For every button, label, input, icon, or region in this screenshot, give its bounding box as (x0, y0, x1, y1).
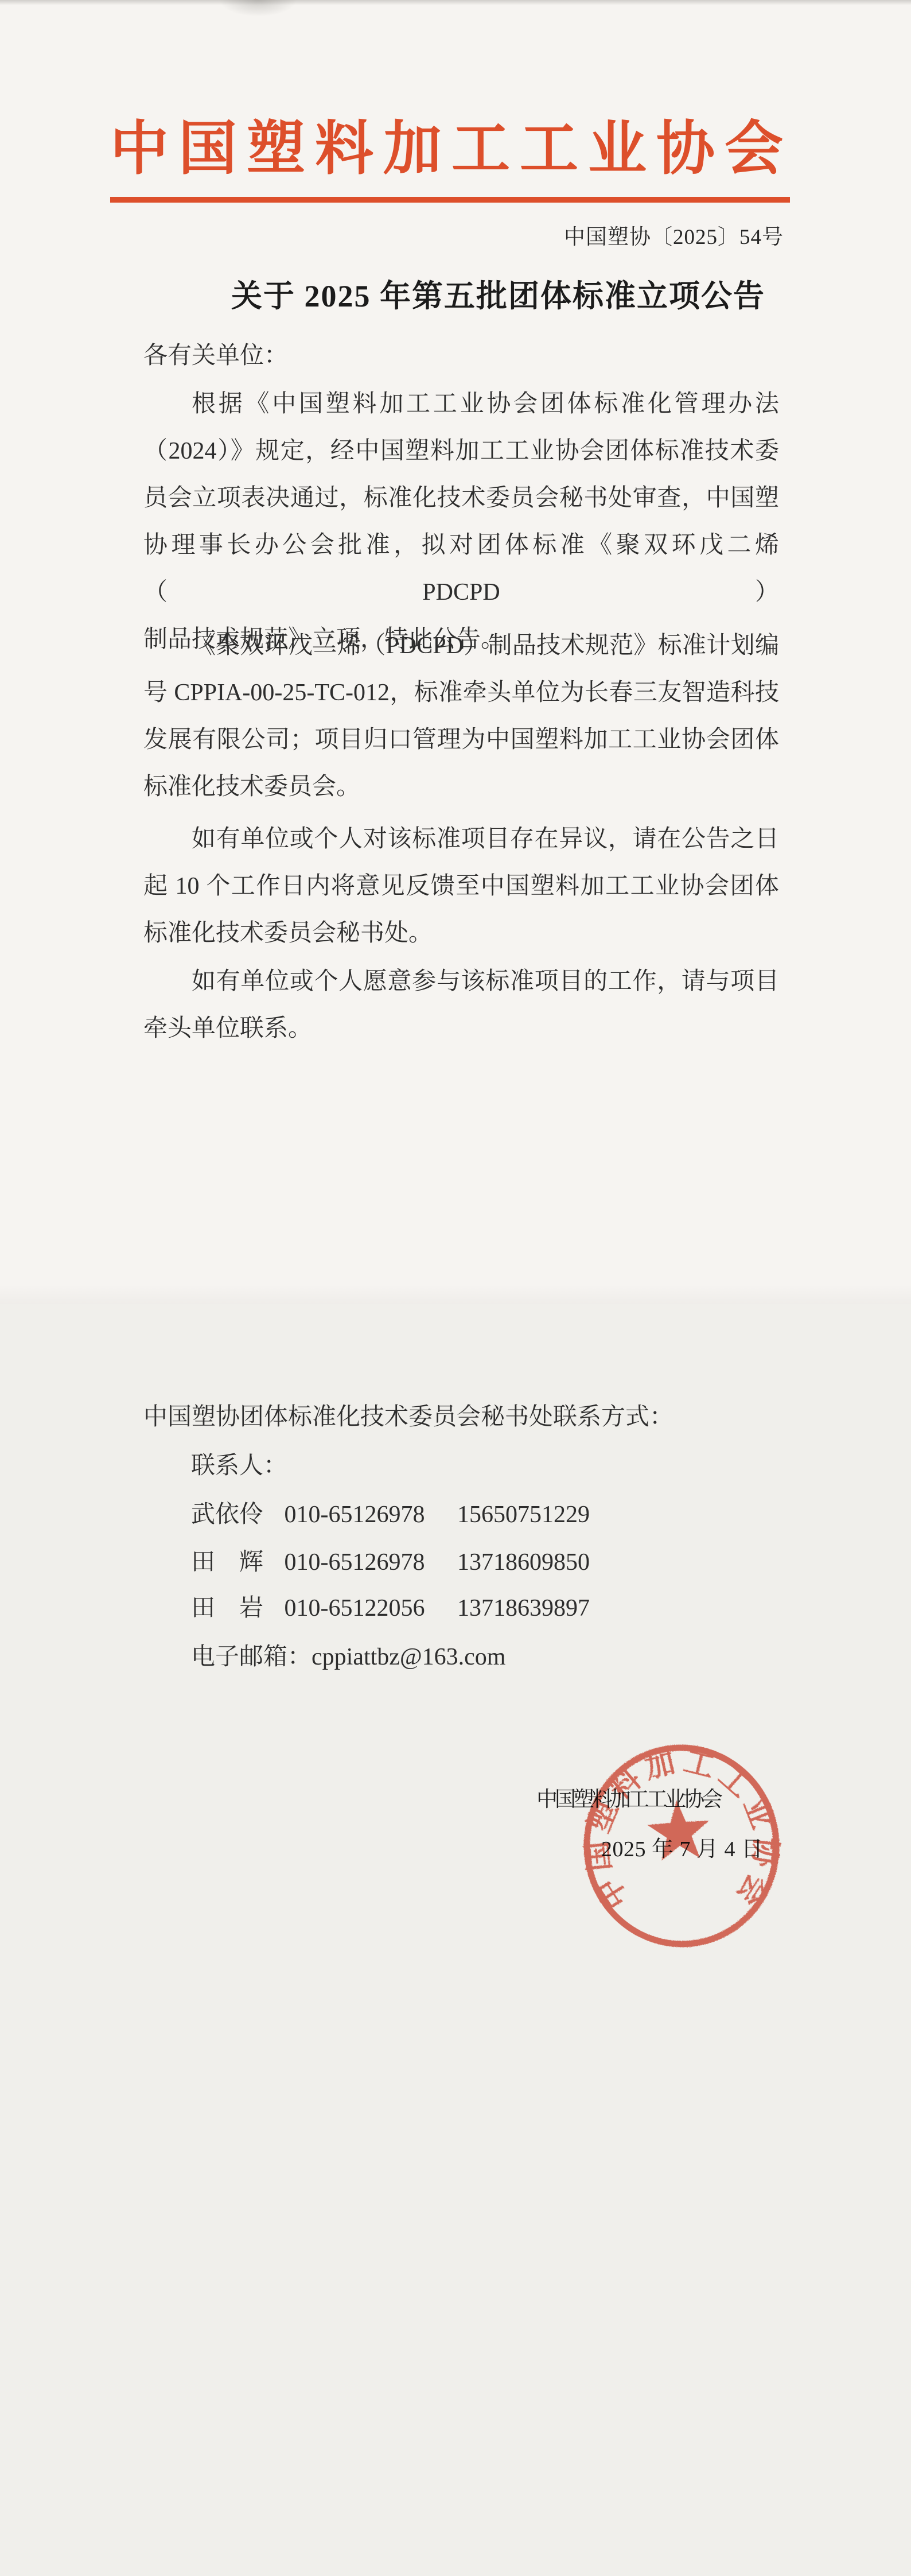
paragraph-line: （2024）》规定，经中国塑料加工工业协会团体标准技术委 (143, 428, 779, 475)
contact-row: 田 辉 010-65126978 13718609850 (191, 1539, 779, 1586)
doc-title: 关于 2025 年第五批团体标准立项公告 (231, 278, 765, 315)
paragraph-line: 根据《中国塑料加工工业协会团体标准化管理办法 (143, 381, 779, 428)
letterhead-rule (110, 197, 790, 203)
contact-name: 田 辉 (191, 1539, 278, 1586)
org-header-title: 中国塑料加工工业协会 (110, 118, 793, 181)
paragraph-1: 根据《中国塑料加工工业协会团体标准化管理办法 （2024）》规定，经中国塑料加工… (143, 381, 779, 663)
contact-row: 武依伶 010-65126978 15650751229 (191, 1491, 779, 1538)
contact-row: 田 岩 010-65122056 13718639897 (191, 1585, 779, 1632)
doc-number: 中国塑协〔2025〕54号 (564, 224, 784, 251)
scan-top-edge-shadow (0, 0, 911, 5)
contact-mobile: 15650751229 (457, 1502, 590, 1528)
paragraph-line: 牵头单位联系。 (143, 1005, 779, 1052)
scanned-official-document: 中国塑料加工工业协会 中国塑协〔2025〕54号 关于 2025 年第五批团体标… (0, 0, 911, 2576)
paragraph-line: 标准化技术委员会秘书处。 (143, 910, 779, 957)
email-label: 电子邮箱： (191, 1644, 312, 1670)
seal-star-icon (645, 1798, 711, 1861)
paragraph-line: 《聚双环戊二烯（PDCPD）制品技术规范》标准计划编 (143, 622, 779, 669)
contact-mobile: 13718639897 (457, 1595, 590, 1621)
contact-label: 联系人： (191, 1442, 779, 1489)
contact-phone: 010-65126978 (285, 1502, 425, 1528)
contact-phone: 010-65122056 (285, 1595, 425, 1621)
page-seam-shadow (0, 1285, 911, 1304)
contact-mobile: 13718609850 (457, 1549, 590, 1576)
scan-smudge (207, 0, 310, 40)
contact-name: 武依伶 (191, 1491, 278, 1538)
paragraph-line: 如有单位或个人对该标准项目存在异议，请在公告之日 (143, 816, 779, 863)
paragraph-4: 如有单位或个人愿意参与该标准项目的工作，请与项目 牵头单位联系。 (143, 958, 779, 1052)
paragraph-line: 协理事长办公会批准，拟对团体标准《聚双环戊二烯（PDCPD） (143, 522, 779, 616)
paragraph-2: 《聚双环戊二烯（PDCPD）制品技术规范》标准计划编 号 CPPIA-00-25… (143, 622, 779, 810)
email-value: cppiattbz@163.com (312, 1644, 505, 1670)
salutation: 各有关单位： (143, 332, 779, 379)
contact-heading: 中国塑协团体标准化技术委员会秘书处联系方式： (143, 1394, 779, 1441)
paragraph-line: 起 10 个工作日内将意见反馈至中国塑料加工工业协会团体 (143, 863, 779, 910)
paragraph-line: 发展有限公司；项目归口管理为中国塑料加工工业协会团体 (143, 716, 779, 763)
contact-email-line: 电子邮箱：cppiattbz@163.com (191, 1634, 779, 1681)
official-seal: 中国塑料加工工业协会 (574, 1735, 789, 1957)
paragraph-3: 如有单位或个人对该标准项目存在异议，请在公告之日 起 10 个工作日内将意见反馈… (143, 816, 779, 957)
paragraph-line: 如有单位或个人愿意参与该标准项目的工作，请与项目 (143, 958, 779, 1005)
paragraph-line: 标准化技术委员会。 (143, 763, 779, 810)
paragraph-line: 号 CPPIA-00-25-TC-012，标准牵头单位为长春三友智造科技 (143, 669, 779, 716)
paragraph-line: 员会立项表决通过，标准化技术委员会秘书处审查，中国塑 (143, 475, 779, 522)
contact-name: 田 岩 (191, 1585, 278, 1632)
contact-phone: 010-65126978 (285, 1549, 425, 1576)
